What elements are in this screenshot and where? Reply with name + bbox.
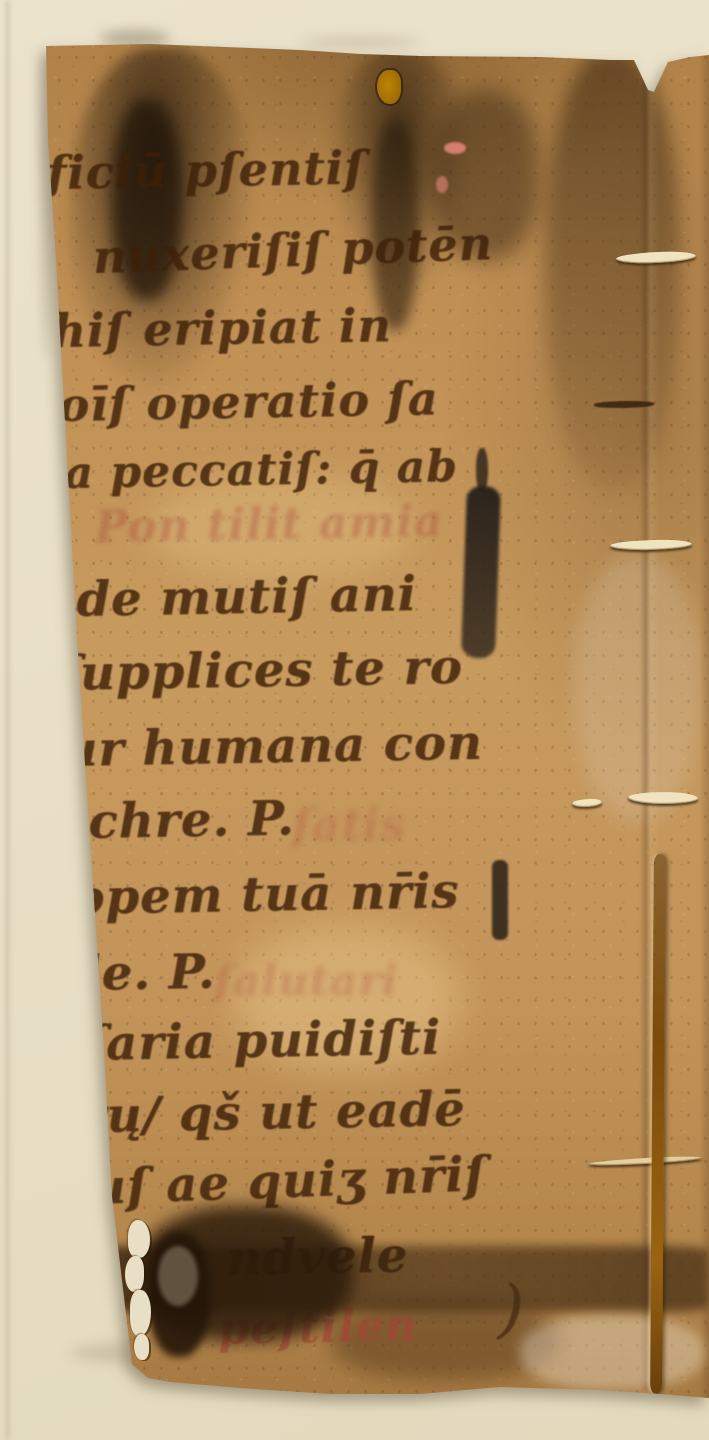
text-layer: ficiū pſentiſnuxeriſiſ potēnhiſ eripiat … — [0, 0, 709, 1440]
photo-background: ficiū pſentiſnuxeriſiſ potēnhiſ eripiat … — [0, 0, 709, 1440]
manuscript-text-line-1: ficiū pſentiſ — [46, 140, 365, 200]
manuscript-text-line-13: le. P. — [82, 944, 216, 1002]
manuscript-text-line-3: hiſ eripiat in — [52, 298, 392, 358]
worm-hole — [128, 1220, 150, 1258]
manuscript-text-line-7: de mutiſ ani — [76, 566, 417, 628]
manuscript-text-line-12: opem tuā nr̄is — [72, 863, 460, 926]
manuscript-text-line-10: chre. P. — [88, 790, 295, 850]
manuscript-text-line-2: nuxeriſiſ potēn — [92, 216, 494, 284]
manuscript-text-line-16: rų/ qš ut eadē — [80, 1081, 466, 1144]
ink-blot — [476, 448, 488, 492]
manuscript-text-line-9: ur humana con — [62, 715, 483, 778]
manuscript-text-line-4: oīſ operatio ſa — [58, 371, 439, 432]
parchment-fragment: ficiū pſentiſnuxeriſiſ potēnhiſ eripiat … — [0, 0, 709, 1440]
parchment-surface: ficiū pſentiſnuxeriſiſ potēnhiſ eripiat … — [0, 0, 709, 1440]
ink-blot — [492, 860, 508, 940]
manuscript-text-line-5: a peccatiſ: q̄ ab — [64, 441, 458, 499]
ink-blot — [461, 485, 501, 658]
manuscript-text-line-6: Pon tilit amia — [94, 496, 444, 553]
hole-sheen — [158, 1246, 198, 1306]
manuscript-text-line-8: ſupplices te ro — [58, 639, 463, 702]
worm-hole — [125, 1256, 144, 1292]
manuscript-text-line-17: uſ ae quiʒ nr̄iſ — [90, 1146, 487, 1216]
manuscript-text-line-11: ſatis — [292, 800, 406, 851]
light-scuff — [520, 1315, 705, 1390]
manuscript-text-line-15: ſaria puidiſti — [84, 1010, 442, 1072]
manuscript-text-line-14: ſalutari — [214, 956, 398, 1005]
worm-hole — [134, 1334, 149, 1360]
parchment-hole — [377, 70, 401, 104]
